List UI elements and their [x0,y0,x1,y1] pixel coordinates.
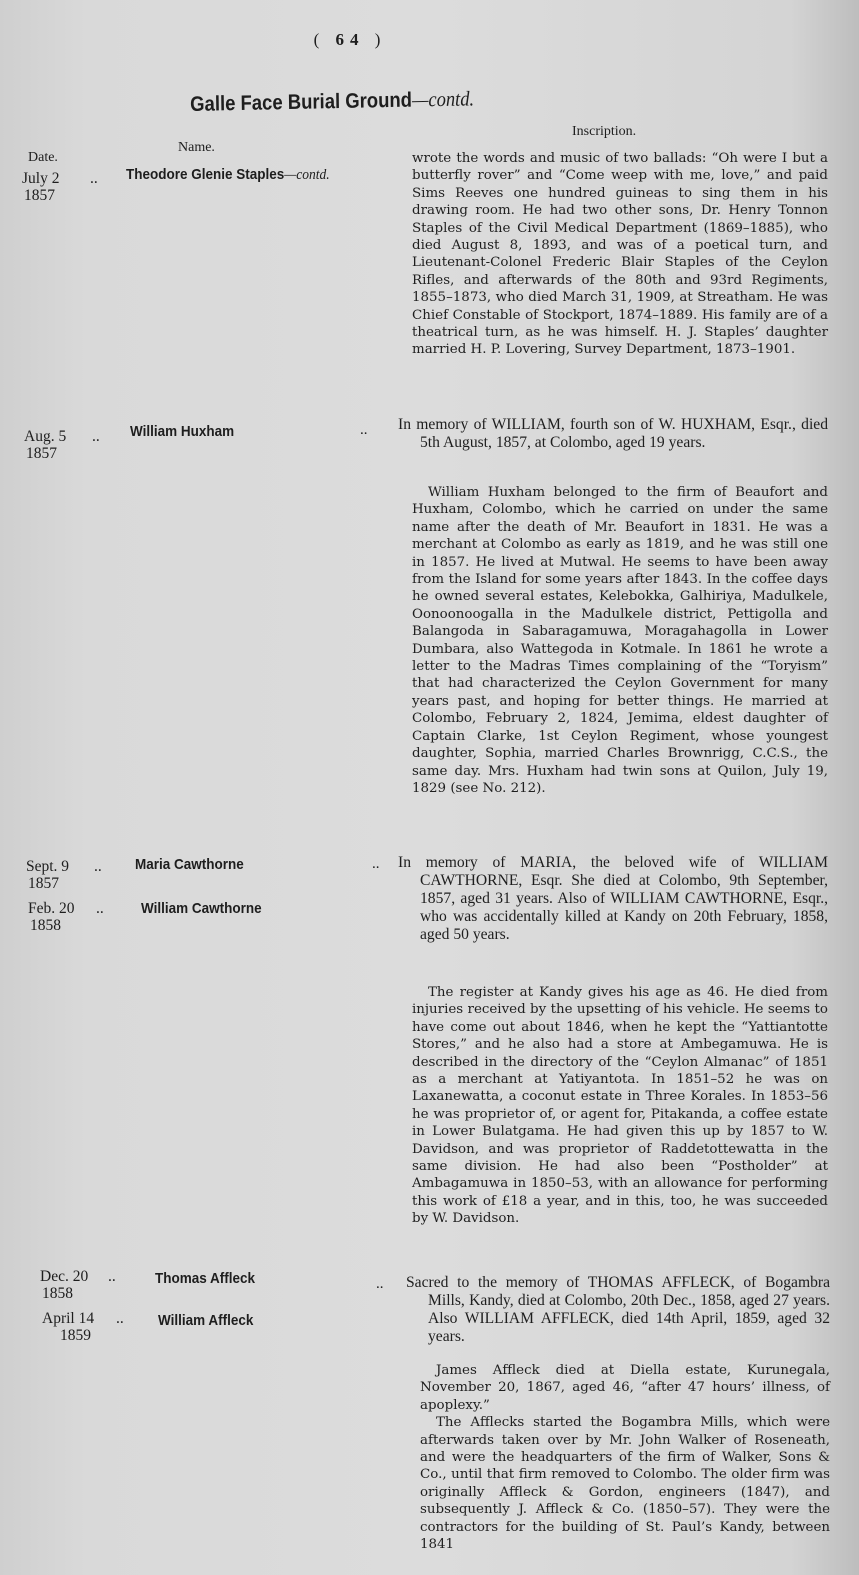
entry-inscription: In memory of WILLIAM, fourth son of W. H… [398,416,828,452]
entry-note: William Huxham belonged to the firm of B… [412,484,828,797]
entry-name: William Cawthorne [141,900,262,917]
leader-dots: .. [360,422,368,439]
entry-name: William Affleck [158,1312,253,1329]
column-header-date: Date. [28,150,58,166]
leader-dots: .. [376,1276,384,1293]
entry-date: Feb. 20.. 1858 [28,900,75,934]
entry-date: Dec. 20.. 1858 [40,1268,88,1302]
entry-name: Theodore Glenie Staples—contd. [126,166,330,184]
entry-note: James Affleck died at Diella estate, Kur… [420,1362,830,1553]
leader-dots: .. [372,856,380,873]
entry-inscription: Sacred to the memory of THOMAS AFFLECK, … [406,1274,830,1346]
page-title: Galle Face Burial Ground—contd. [190,86,474,117]
entry-date: Sept. 9.. 1857 [26,858,69,892]
entry-date: July 2.. 1857 [22,170,59,204]
entry-note: wrote the words and music of two ballads… [412,150,828,359]
entry-note: The register at Kandy gives his age as 4… [412,984,828,1228]
entry-date: Aug. 5.. 1857 [24,428,66,462]
entry-date: April 14.. 1859 [42,1310,94,1344]
entry-name: Maria Cawthorne [135,856,244,873]
entry-name: William Huxham [130,423,234,440]
entry-name: Thomas Affleck [155,1270,255,1287]
column-header-inscription: Inscription. [572,124,636,140]
column-header-name: Name. [178,140,215,156]
entry-inscription: In memory of MARIA, the beloved wife of … [398,854,828,944]
page-number: ( 64 ) [0,30,700,50]
